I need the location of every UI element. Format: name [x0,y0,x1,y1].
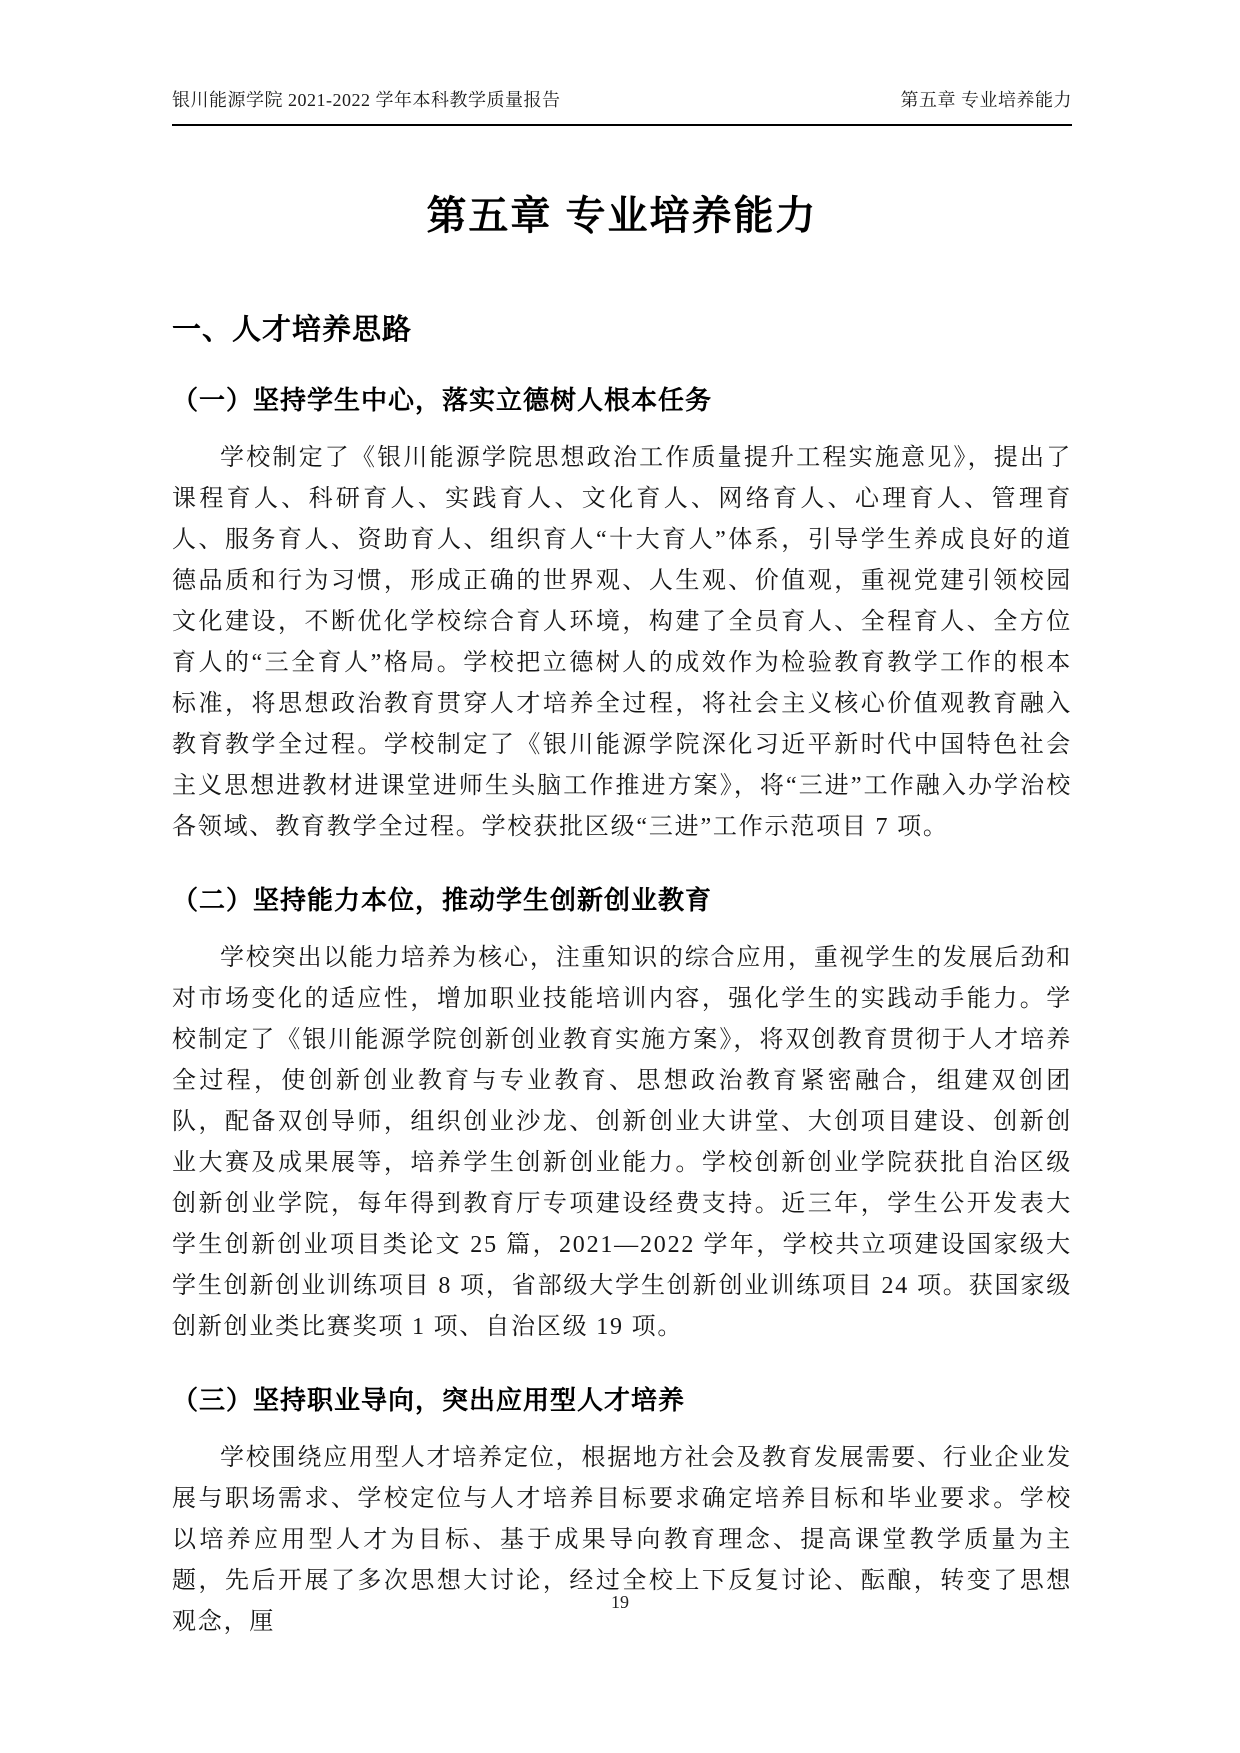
running-header-right: 第五章 专业培养能力 [901,86,1073,112]
subsection-2-heading: （二）坚持能力本位，推动学生创新创业教育 [172,880,1072,917]
subsection-1-paragraph: 学校制定了《银川能源学院思想政治工作质量提升工程实施意见》，提出了课程育人、科研… [172,438,1072,848]
document-page: 银川能源学院 2021-2022 学年本科教学质量报告 第五章 专业培养能力 第… [0,0,1240,1753]
subsection-1-heading: （一）坚持学生中心，落实立德树人根本任务 [172,380,1072,417]
running-header: 银川能源学院 2021-2022 学年本科教学质量报告 第五章 专业培养能力 [172,86,1072,126]
subsection-2: （二）坚持能力本位，推动学生创新创业教育 学校突出以能力培养为核心，注重知识的综… [172,880,1072,1348]
chapter-title: 第五章 专业培养能力 [172,184,1072,241]
section-heading: 一、人才培养思路 [172,307,1072,348]
subsection-3-heading: （三）坚持职业导向，突出应用型人才培养 [172,1380,1072,1417]
subsection-1: （一）坚持学生中心，落实立德树人根本任务 学校制定了《银川能源学院思想政治工作质… [172,380,1072,848]
page-footer: 19 [0,1592,1240,1613]
page-number: 19 [611,1592,629,1612]
subsection-2-paragraph: 学校突出以能力培养为核心，注重知识的综合应用，重视学生的发展后劲和对市场变化的适… [172,938,1072,1348]
running-header-left: 银川能源学院 2021-2022 学年本科教学质量报告 [172,86,561,112]
